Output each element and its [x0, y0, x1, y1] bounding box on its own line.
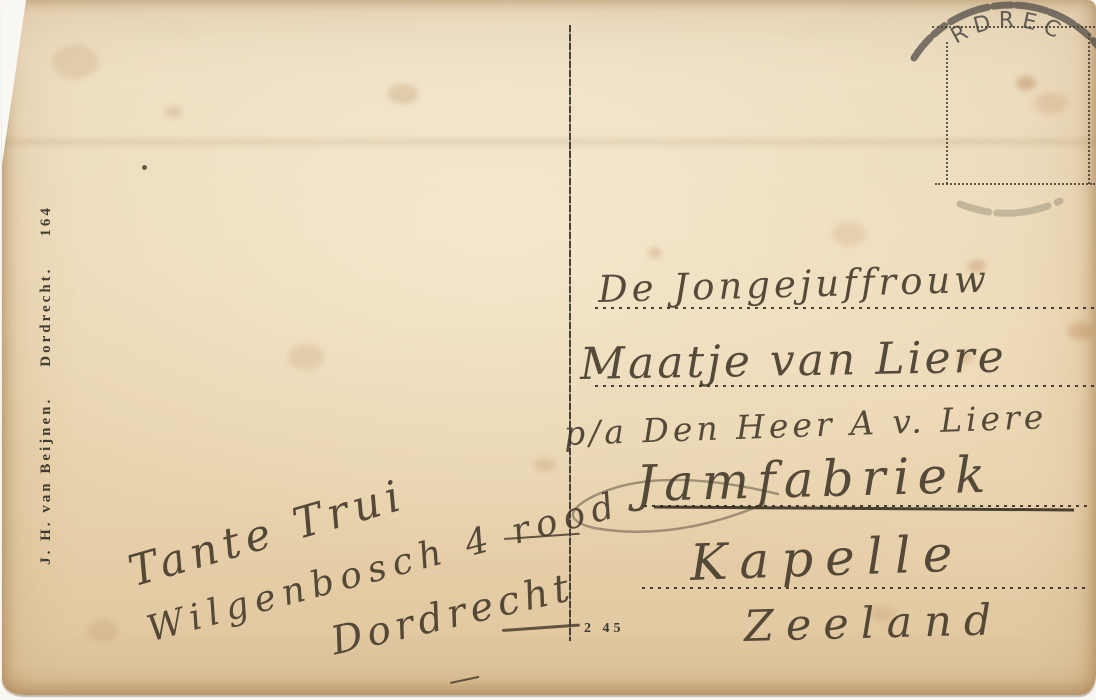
stain [88, 620, 118, 642]
stain [1068, 322, 1094, 340]
stain [388, 84, 418, 104]
postcard-scan: { "postcard": { "publisher_imprint": { "… [0, 0, 1096, 700]
publisher-imprint: J. H. van Beijnen. Dordrecht. 164 [35, 165, 57, 605]
stain [648, 248, 662, 258]
publisher-name: J. H. van Beijnen. [38, 397, 55, 565]
address-line-recipient-name: Maatje van Liere [580, 332, 1008, 390]
print-code: 2 45 [584, 621, 625, 637]
address-line-recipient-title: De Jongejuffrouw [597, 258, 990, 311]
address-line-care-of: p/a Den Heer A v. Liere [563, 397, 1048, 453]
pen-stroke [450, 676, 480, 684]
postmark-bottom-arc [960, 201, 1060, 213]
stain [166, 106, 182, 118]
postcard-back: J. H. van Beijnen. Dordrecht. 164 RDREC … [2, 0, 1096, 695]
stain [534, 458, 556, 472]
address-line-province: Zeeland [743, 595, 1004, 652]
ink-fleck [142, 165, 147, 170]
stain [288, 344, 324, 370]
postmark: RDREC [850, 0, 1096, 230]
publisher-city: Dordrecht. [38, 267, 55, 367]
stain [52, 45, 98, 79]
publisher-number: 164 [38, 205, 55, 237]
